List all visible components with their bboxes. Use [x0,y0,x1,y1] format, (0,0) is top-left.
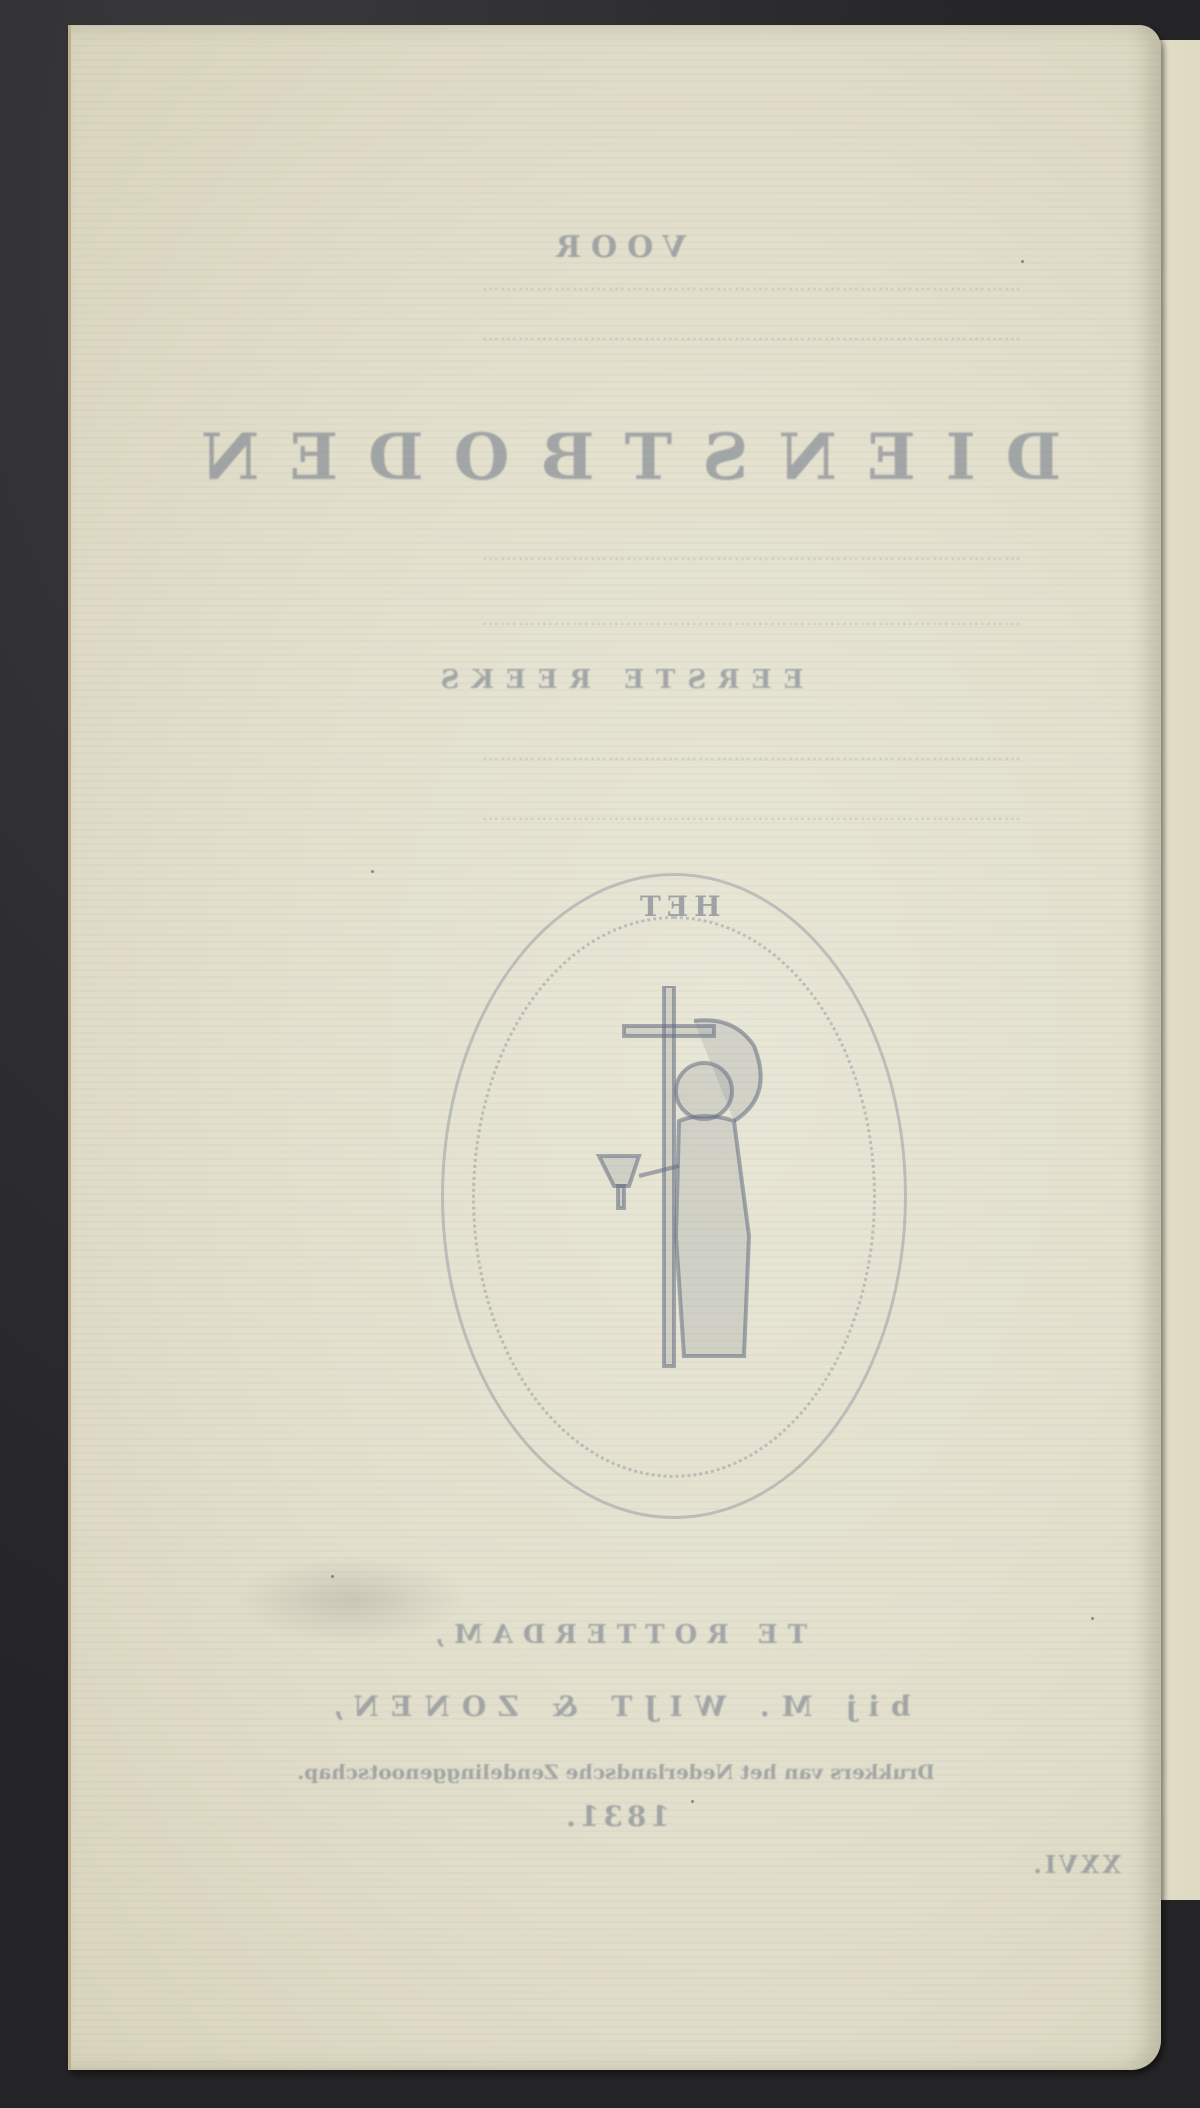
speck [1021,260,1024,263]
body-line: ……………………………………………………………………………… [481,805,1021,825]
stamp-top-text: HET [634,890,721,923]
heading-big: DIENSTBODEN [71,420,1161,495]
speck [331,1575,334,1578]
signature-mark: XXVI. [1031,1850,1121,1879]
ink-smudge [236,1555,466,1645]
imprint-role: Drukkers van het Nederlandsche Zendeling… [71,1760,1161,1784]
body-line: ……………………………………………………………………………… [481,275,1021,295]
speck [371,870,374,873]
stamp-figure-icon [584,986,784,1386]
book-page: VOOR ……………………………………………………………………………… …………… [68,25,1161,2070]
library-stamp: HET [441,873,907,1519]
speck [1091,1617,1094,1620]
imprint-year: 1831. [71,1800,1161,1833]
body-line: ……………………………………………………………………………… [481,745,1021,765]
imprint-publisher: bij M. WIJT & ZONEN, [71,1690,1161,1723]
heading-small: VOOR [71,230,1161,265]
body-line: ……………………………………………………………………………… [481,545,1021,565]
body-line: ……………………………………………………………………………… [481,610,1021,630]
imprint-city: TE ROTTERDAM, [71,1620,1161,1650]
body-line: ……………………………………………………………………………… [481,325,1021,345]
section-heading: EERSTE REEKS [71,665,1161,695]
speck [691,1800,694,1803]
